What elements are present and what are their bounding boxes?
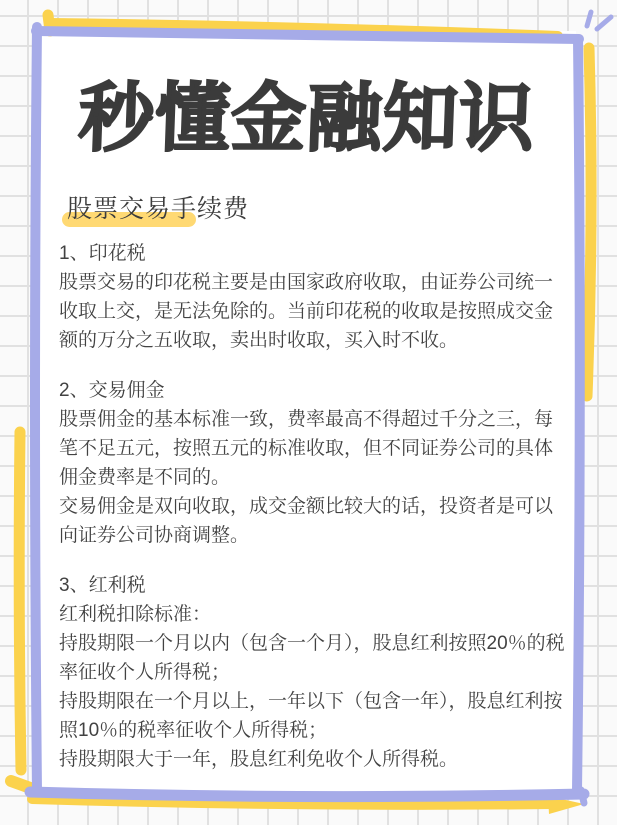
yellow-left-flick	[11, 781, 36, 790]
section-dividend-tax: 3、红利税 红利税扣除标准： 持股期限一个月以内（包含一个月），股息红利按照20…	[59, 571, 565, 774]
content-body: 1、印花税 股票交易的印花税主要是由国家政府收取，由证券公司统一收取上交，是无法…	[59, 239, 565, 774]
section-heading: 3、红利税	[59, 571, 565, 600]
section-paragraph: 持股期限一个月以内（包含一个月），股息红利按照20％的税率征收个人所得税；	[59, 629, 565, 687]
section-paragraph: 股票佣金的基本标准一致，费率最高不得超过千分之三，每笔不足五元，按照五元的标准收…	[59, 405, 565, 492]
section-paragraph: 持股期限在一个月以上，一年以下（包含一年），股息红利按照10％的税率征收个人所得…	[59, 687, 565, 745]
subtitle: 股票交易手续费	[67, 193, 249, 226]
sparkle-tick-icon	[587, 12, 591, 26]
yellow-left-stroke	[19, 432, 21, 770]
yellow-bottom-stroke	[32, 799, 552, 805]
yellow-top-start-blob	[48, 15, 50, 31]
yellow-bottom-arrow-tip	[548, 796, 584, 814]
sparkle-tick-icon	[597, 17, 611, 29]
purple-bottom-right-drip	[581, 790, 584, 803]
section-paragraph: 股票交易的印花税主要是由国家政府收取，由证券公司统一收取上交，是无法免除的。当前…	[59, 268, 565, 355]
purple-right-stroke	[577, 39, 580, 791]
section-paragraph: 交易佣金是双向收取，成交金额比较大的话，投资者是可以向证券公司协商调整。	[59, 492, 565, 550]
section-trade-commission: 2、交易佣金 股票佣金的基本标准一致，费率最高不得超过千分之三，每笔不足五元，按…	[59, 376, 565, 550]
section-heading: 1、印花税	[59, 239, 565, 268]
section-heading: 2、交易佣金	[59, 376, 565, 405]
section-paragraph: 红利税扣除标准：	[59, 600, 565, 629]
page-title: 秒懂金融知识	[36, 74, 577, 163]
yellow-right-stroke	[587, 48, 591, 396]
infographic-canvas: 秒懂金融知识 股票交易手续费 1、印花税 股票交易的印花税主要是由国家政府收取，…	[0, 0, 617, 825]
section-paragraph: 持股期限大于一年，股息红利免收个人所得税。	[59, 745, 565, 774]
section-stamp-tax: 1、印花税 股票交易的印花税主要是由国家政府收取，由证券公司统一收取上交，是无法…	[59, 239, 565, 355]
